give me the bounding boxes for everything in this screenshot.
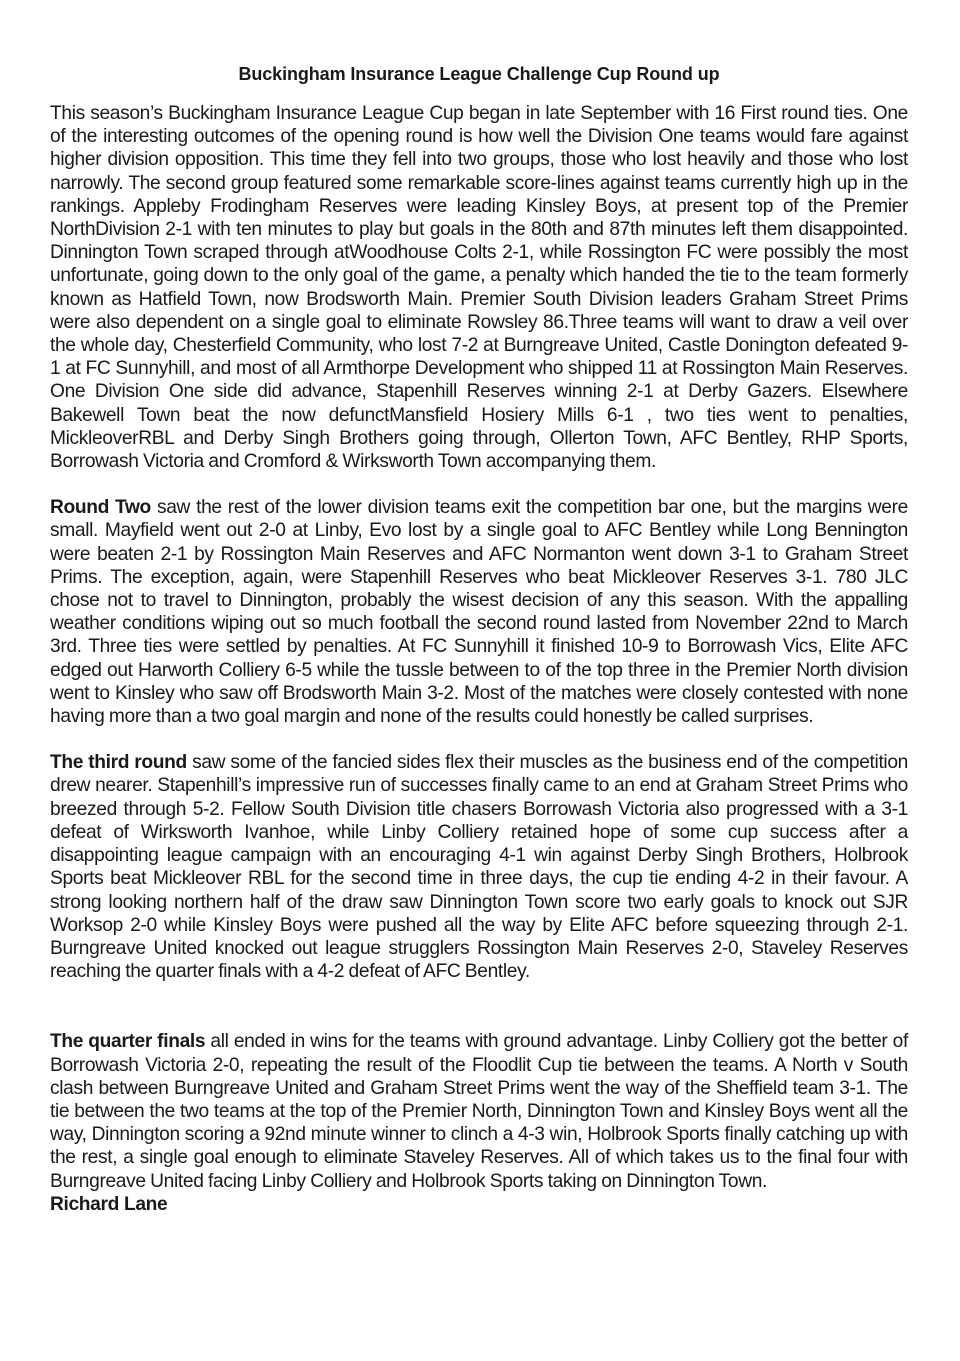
paragraph-spacer bbox=[50, 728, 908, 751]
paragraph-lead: Round Two bbox=[50, 497, 151, 518]
paragraph-round-one: This season’s Buckingham Insurance Leagu… bbox=[50, 102, 908, 473]
document-page: Buckingham Insurance League Challenge Cu… bbox=[50, 62, 908, 1216]
paragraph-lead: The third round bbox=[50, 752, 187, 773]
paragraph-text: This season’s Buckingham Insurance Leagu… bbox=[50, 103, 908, 472]
paragraph-round-two: Round Two saw the rest of the lower divi… bbox=[50, 496, 908, 728]
paragraph-text: saw some of the fancied sides flex their… bbox=[50, 752, 908, 982]
paragraph-text: saw the rest of the lower division teams… bbox=[50, 497, 908, 727]
document-title: Buckingham Insurance League Challenge Cu… bbox=[50, 62, 908, 86]
paragraph-text: all ended in wins for the teams with gro… bbox=[50, 1031, 908, 1191]
paragraph-quarter-finals: The quarter finals all ended in wins for… bbox=[50, 1030, 908, 1192]
paragraph-lead: The quarter finals bbox=[50, 1031, 205, 1052]
paragraph-spacer bbox=[50, 473, 908, 496]
paragraph-third-round: The third round saw some of the fancied … bbox=[50, 751, 908, 983]
author-name: Richard Lane bbox=[50, 1193, 908, 1216]
paragraph-spacer bbox=[50, 983, 908, 1030]
